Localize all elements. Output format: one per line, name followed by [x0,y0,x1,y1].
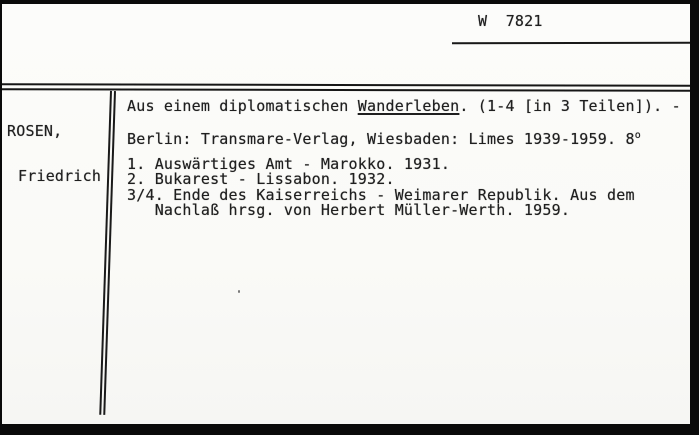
volume-line-4: Nachlaß hrsg. von Herbert Müller-Werth. … [127,203,635,218]
title-line: Aus einem diplomatischen Wanderleben. (1… [127,97,681,115]
imprint-line: Berlin: Transmare-Verlag, Wiesbaden: Lim… [127,130,641,148]
imprint-text: Berlin: Transmare-Verlag, Wiesbaden: Lim… [127,130,635,148]
author-surname: ROSEN, [7,124,101,139]
author-heading: ROSEN, Friedrich [7,94,101,214]
title-post: . (1-4 [in 3 Teilen]). - [459,97,681,115]
call-number-underline [452,42,690,45]
title-underlined: Wanderleben [358,97,460,115]
vertical-divider [99,91,116,415]
scan-speck [238,290,240,293]
volume-list: 1. Auswärtiges Amt - Marokko. 1931. 2. B… [127,157,635,219]
call-number: W 7821 [478,12,543,30]
catalog-card: W 7821 ROSEN, Friedrich Aus einem diplom… [2,4,690,424]
horizontal-divider [2,83,690,91]
imprint-format-superscript: o [635,130,641,141]
title-pre: Aus einem diplomatischen [127,97,358,115]
scan-frame: W 7821 ROSEN, Friedrich Aus einem diplom… [0,0,699,435]
author-forename: Friedrich [7,169,101,184]
